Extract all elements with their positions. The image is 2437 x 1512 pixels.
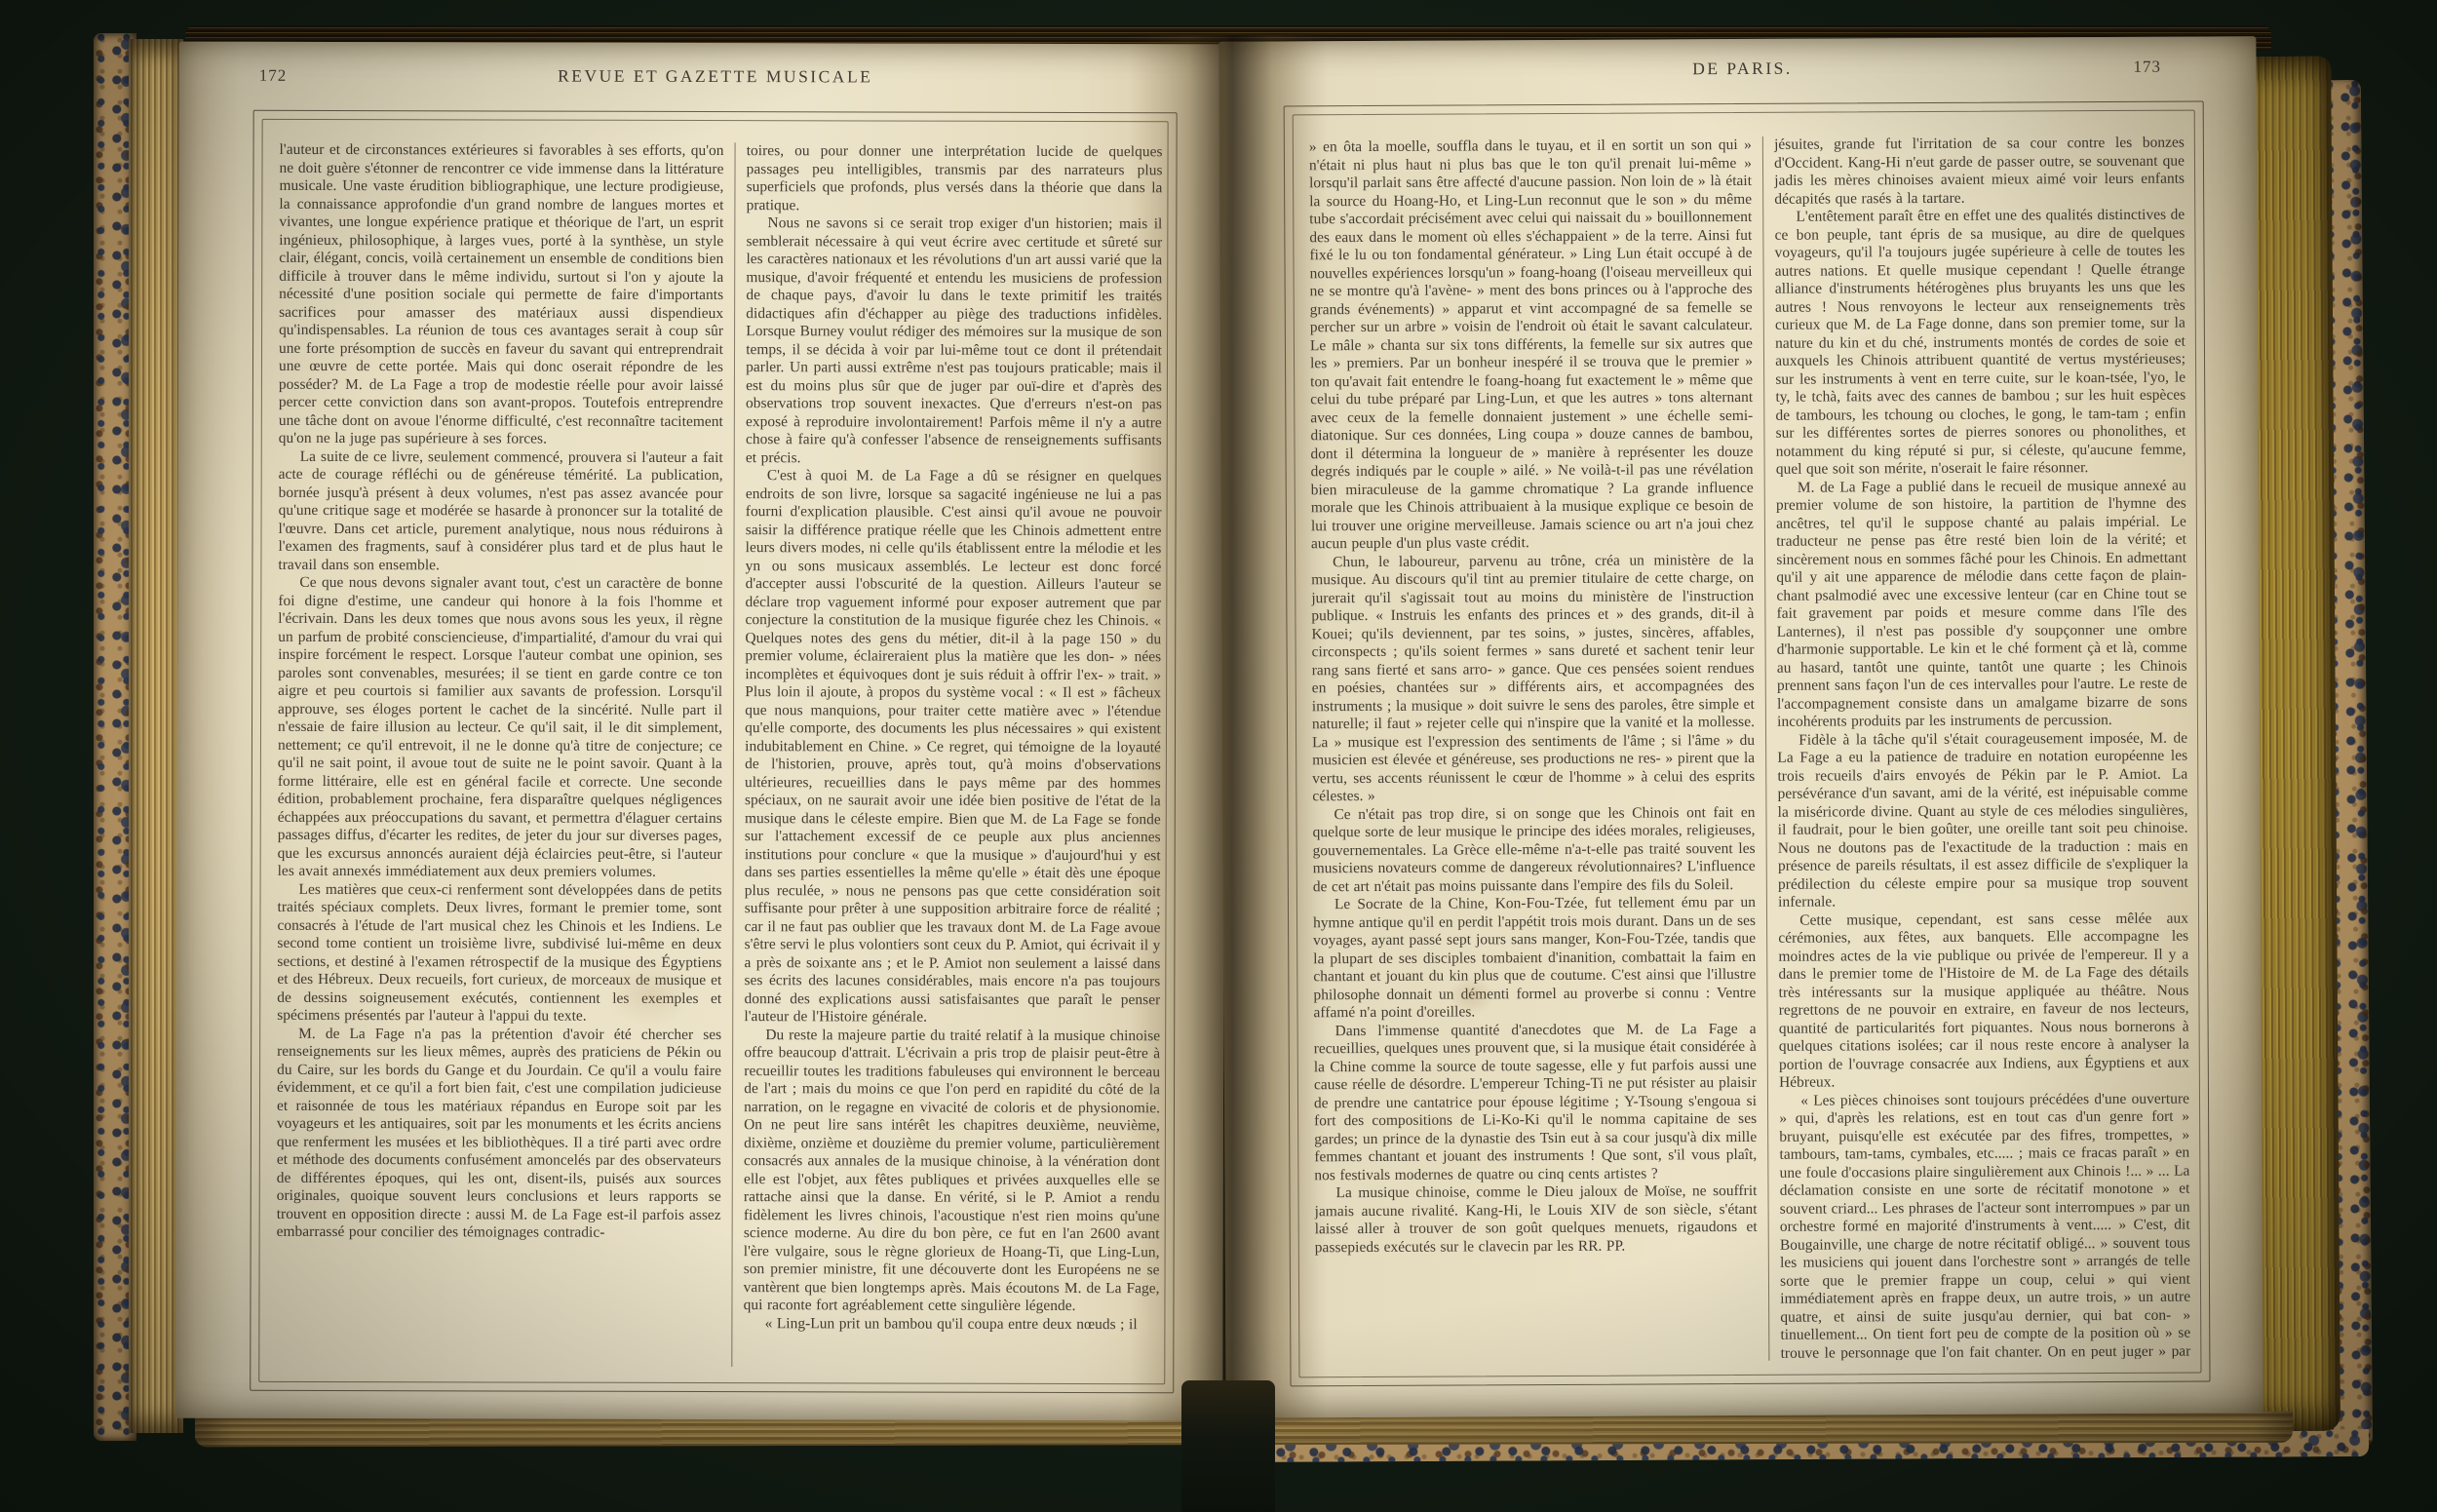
page-number-right: 173 [2133, 58, 2161, 77]
right-page: DE PARIS. 173 » en ôta la moelle, souffl… [1218, 36, 2263, 1418]
paragraph: M. de La Fage a publié dans le recueil d… [1776, 477, 2187, 731]
right-page-column-2: jésuites, grande fut l'irritation de sa … [1774, 135, 2190, 1361]
paragraph: Ce que nous devons signaler avant tout, … [278, 574, 723, 882]
left-page-column-2: toires, ou pour donner une interprétatio… [743, 142, 1162, 1368]
paragraph: Du reste la majeure partie du traité rel… [744, 1027, 1161, 1316]
paragraph: Cette musique, cependant, est sans cesse… [1778, 910, 2189, 1092]
right-page-column-1: » en ôta la moelle, souffla dans le tuya… [1309, 136, 1759, 1363]
page-number-left: 172 [259, 66, 288, 86]
paragraph: La suite de ce livre, seulement commencé… [278, 447, 722, 575]
paragraph: La musique chinoise, comme le Dieu jalou… [1314, 1182, 1757, 1257]
running-title-right: DE PARIS. [1283, 57, 2201, 82]
left-page-column-1: l'auteur et de circonstances extérieures… [276, 141, 723, 1367]
paragraph: l'auteur et de circonstances extérieures… [279, 141, 724, 449]
paragraph: L'entêtement paraît être en effet une de… [1774, 207, 2186, 480]
paragraph: M. de La Fage n'a pas la prétention d'av… [277, 1025, 722, 1242]
book-scan-photo: 172 REVUE ET GAZETTE MUSICALE l'auteur e… [0, 0, 2437, 1512]
book-gutter-bottom-cloth [1181, 1380, 1275, 1512]
column-divider-rule [1762, 136, 1770, 1361]
paragraph: » en ôta la moelle, souffla dans le tuya… [1309, 136, 1754, 554]
paragraph: Chun, le laboureur, parvenu au trône, cr… [1311, 551, 1755, 805]
paragraph: Les matières que ceux-ci renferment sont… [277, 880, 721, 1026]
paragraph: Ce n'était pas trop dire, si on songe qu… [1312, 803, 1755, 896]
paragraph: jésuites, grande fut l'irritation de sa … [1774, 135, 2185, 209]
paragraph: « Les pièces chinoises sont toujours pré… [1779, 1090, 2190, 1361]
right-page-textblock: » en ôta la moelle, souffla dans le tuya… [1309, 135, 2191, 1364]
paragraph: Dans l'immense quantité d'anecdotes que … [1314, 1020, 1758, 1184]
page-edges-left [129, 39, 183, 1433]
paragraph: « Ling-Lun prit un bambou qu'il coupa en… [744, 1315, 1160, 1335]
paragraph: Nous ne savons si ce serait trop exiger … [746, 214, 1162, 468]
left-page-header: 172 REVUE ET GAZETTE MUSICALE [253, 65, 1178, 93]
paragraph: Fidèle à la tâche qu'il s'était courageu… [1777, 729, 2188, 911]
left-page: 172 REVUE ET GAZETTE MUSICALE l'auteur e… [175, 42, 1226, 1421]
paragraph: C'est à quoi M. de La Fage a dû se résig… [744, 467, 1161, 1027]
paragraph: Le Socrate de la Chine, Kon-Fou-Tzée, fu… [1313, 894, 1757, 1023]
left-page-textblock: l'auteur et de circonstances extérieures… [276, 141, 1162, 1368]
right-page-header: DE PARIS. 173 [1283, 57, 2201, 87]
column-divider-rule [731, 142, 735, 1367]
paragraph: toires, ou pour donner une interprétatio… [747, 142, 1163, 215]
running-title-left: REVUE ET GAZETTE MUSICALE [253, 65, 1178, 88]
